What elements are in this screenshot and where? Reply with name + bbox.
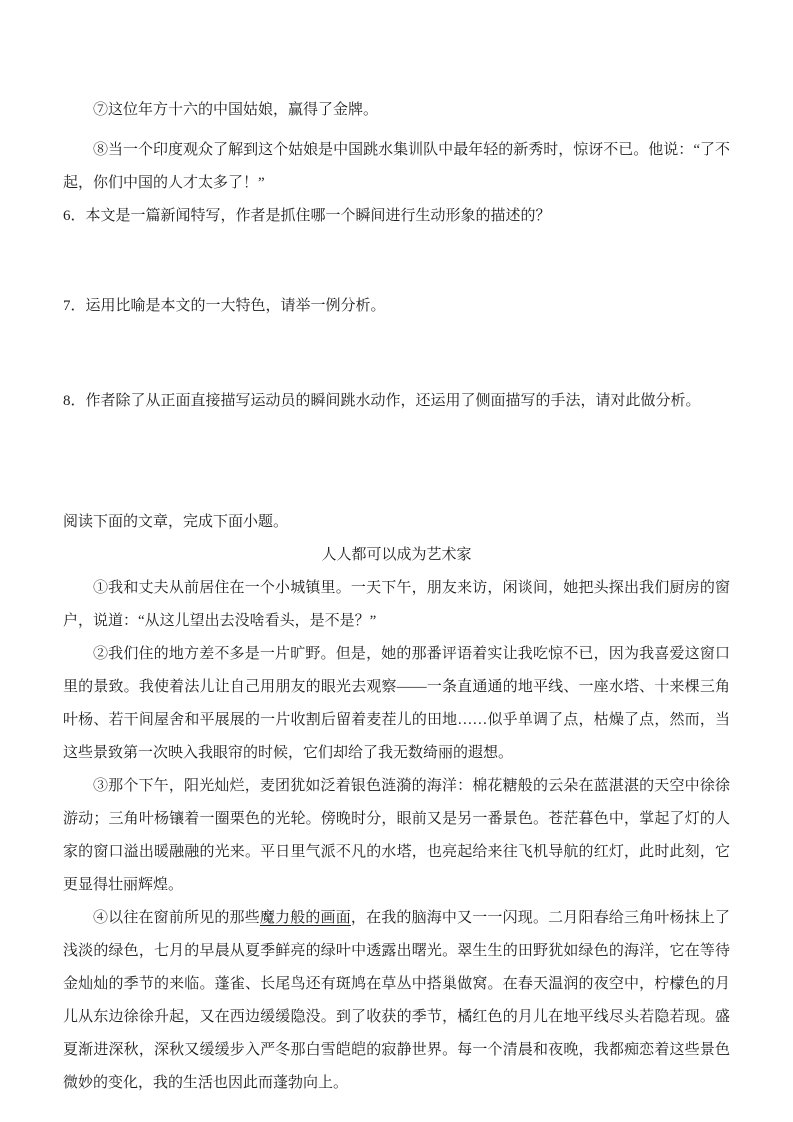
paragraph-4-text-before: ④以往在窗前所见的那些	[93, 910, 260, 926]
intro-item-8: ⑧当一个印度观众了解到这个姑娘是中国跳水集训队中最年轻的新秀时，惊讶不已。他说：…	[63, 134, 730, 200]
article-paragraph-1: ①我和丈夫从前居住在一个小城镇里。一天下午，朋友来访，闲谈间，她把头探出我们厨房…	[63, 572, 730, 638]
question-7: 7．运用比喻是本文的一大特色，请举一例分析。	[63, 290, 730, 323]
document-page: ⑦这位年方十六的中国姑娘，赢得了金牌。 ⑧当一个印度观众了解到这个姑娘是中国跳水…	[0, 0, 793, 1122]
question-6: 6．本文是一篇新闻特写，作者是抓住哪一个瞬间进行生动形象的描述的？	[63, 200, 730, 233]
intro-item-7: ⑦这位年方十六的中国姑娘，赢得了金牌。	[63, 94, 730, 127]
article-title: 人人都可以成为艺术家	[63, 539, 730, 572]
reading-prompt: 阅读下面的文章，完成下面小题。	[63, 506, 730, 539]
article-paragraph-3: ③那个下午，阳光灿烂，麦团犹如泛着银色涟漪的海洋：棉花糖般的云朵在蓝湛湛的天空中…	[63, 770, 730, 902]
article-paragraph-2: ②我们住的地方差不多是一片旷野。但是，她的那番评语着实让我吃惊不已，因为我喜爱这…	[63, 638, 730, 770]
paragraph-4-underlined-phrase: 魔力般的画面	[260, 910, 351, 926]
paragraph-4-text-after: ，在我的脑海中又一一闪现。二月阳春给三角叶杨抹上了浅淡的绿色，七月的早晨从夏季鲜…	[63, 910, 730, 1091]
question-8: 8．作者除了从正面直接描写运动员的瞬间跳水动作，还运用了侧面描写的手法，请对此做…	[63, 385, 730, 418]
article-paragraph-4: ④以往在窗前所见的那些魔力般的画面，在我的脑海中又一一闪现。二月阳春给三角叶杨抹…	[63, 902, 730, 1100]
